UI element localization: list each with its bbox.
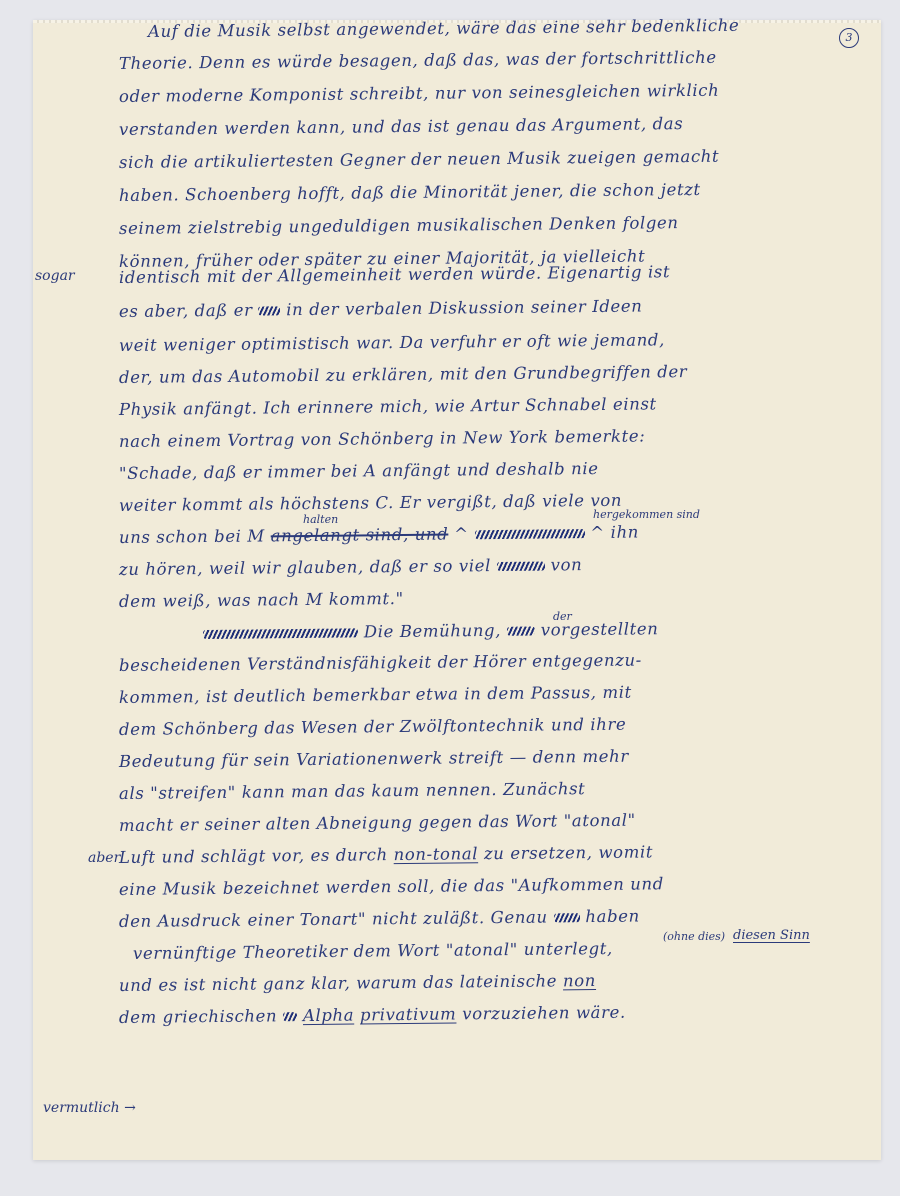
- text-line: seinem zielstrebig ungeduldigen musikali…: [119, 213, 679, 238]
- text-line: eine Musik bezeichnet werden soll, die d…: [119, 874, 664, 899]
- text-line: Bedeutung für sein Variationenwerk strei…: [119, 747, 629, 771]
- text-segment: uns schon bei M: [119, 526, 265, 547]
- text-line: bescheidenen Verständnisfähigkeit der Hö…: [119, 651, 642, 675]
- text-line: nach einem Vortrag von Schönberg in New …: [119, 426, 646, 451]
- scribble-deletion: [258, 306, 280, 315]
- struck-text: , und: [403, 525, 449, 544]
- text-line: macht er seiner alten Abneigung gegen da…: [119, 811, 636, 835]
- underlined-text: privativum: [360, 1004, 457, 1024]
- page-number: 3: [839, 28, 859, 48]
- text-segment: vernünftige Theoretiker dem Wort "atonal…: [133, 940, 518, 963]
- text-line: zu hören, weil wir glauben, daß er so vi…: [119, 555, 583, 579]
- margin-note-sogar: sogar: [35, 268, 75, 284]
- underlined-text: non-tonal: [394, 844, 479, 864]
- insert-diesen-sinn: diesen Sinn: [733, 928, 810, 943]
- manuscript-page: 3 sogar aber vermutlich → Auf die Musik …: [33, 20, 881, 1160]
- struck-text: angelangt sind: [271, 525, 404, 545]
- text-segment: dem griechischen: [119, 1006, 277, 1027]
- text-line: haben. Schoenberg hofft, daß die Minorit…: [119, 180, 701, 205]
- text-line: Physik anfängt. Ich erinnere mich, wie A…: [119, 394, 657, 419]
- text-segment: Luft und schlägt vor, es durch: [119, 845, 388, 867]
- scribble-deletion: [553, 913, 579, 922]
- text-segment: haben: [585, 907, 640, 927]
- text-line: Die Bemühung, vorgestellten: [203, 619, 659, 643]
- text-line: kommen, ist deutlich bemerkbar etwa in d…: [119, 683, 632, 707]
- text-line: verstanden werden kann, und das ist gena…: [119, 114, 683, 139]
- text-line: uns schon bei M angelangt sind, und ^ ^ …: [119, 523, 639, 547]
- text-line: Luft und schlägt vor, es durch non-tonal…: [119, 842, 653, 867]
- text-segment: vorgestellten: [541, 619, 659, 639]
- text-line: "Schade, daß er immer bei A anfängt und …: [119, 459, 599, 483]
- text-segment: vorzuziehen wäre.: [462, 1003, 626, 1024]
- margin-note-aber: aber: [88, 850, 120, 866]
- text-line: dem weiß, was nach M kommt.": [119, 589, 404, 611]
- insert-ohne-dies: (ohne dies): [663, 930, 725, 943]
- text-segment: zu ersetzen, womit: [484, 842, 653, 863]
- text-line: als "streifen" kann man das kaum nennen.…: [119, 779, 586, 803]
- text-line: Auf die Musik selbst angewendet, wäre da…: [148, 16, 739, 41]
- text-segment: den Ausdruck einer Tonart" nicht zuläßt.…: [119, 908, 548, 931]
- text-line: dem Schönberg das Wesen der Zwölftontech…: [119, 715, 627, 739]
- text-line: weiter kommt als höchstens C. Er vergißt…: [119, 491, 622, 515]
- text-line: den Ausdruck einer Tonart" nicht zuläßt.…: [119, 907, 640, 931]
- text-segment: Die Bemühung,: [364, 621, 501, 641]
- scribble-deletion: [497, 562, 545, 572]
- text-line: dem griechischen Alpha privativum vorzuz…: [119, 1003, 626, 1027]
- text-segment: ihn: [611, 523, 640, 542]
- insert-halten: halten: [303, 513, 338, 526]
- text-segment: zu hören, weil wir glauben, daß er so vi…: [119, 556, 491, 579]
- margin-note-vermutlich: vermutlich →: [43, 1100, 136, 1116]
- underlined-text: Alpha: [303, 1006, 354, 1026]
- text-segment: unterlegt,: [524, 939, 613, 959]
- scribble-deletion: [283, 1012, 297, 1021]
- insert-hergekommen-sind: hergekommen sind: [593, 508, 700, 521]
- text-line: vernünftige Theoretiker dem Wort "atonal…: [133, 939, 613, 963]
- text-line: sich die artikuliertesten Gegner der neu…: [119, 147, 719, 172]
- text-segment: es aber, daß er: [119, 301, 253, 321]
- text-line: der, um das Automobil zu erklären, mit d…: [119, 362, 687, 387]
- text-segment: von: [551, 555, 583, 574]
- text-line: oder moderne Komponist schreibt, nur von…: [119, 81, 720, 106]
- scribble-deletion: [203, 628, 358, 639]
- underlined-text: non: [563, 971, 596, 990]
- text-line: Theorie. Denn es würde besagen, daß das,…: [119, 48, 717, 73]
- text-line: und es ist nicht ganz klar, warum das la…: [119, 971, 596, 995]
- text-segment: und es ist nicht ganz klar, warum das la…: [119, 971, 557, 995]
- scribble-deletion: [507, 627, 535, 636]
- text-segment: in der verbalen Diskussion seiner Ideen: [286, 297, 642, 320]
- scribble-deletion: [474, 529, 584, 539]
- text-line: es aber, daß er in der verbalen Diskussi…: [119, 297, 643, 321]
- text-line: weit weniger optimistisch war. Da verfuh…: [119, 330, 665, 355]
